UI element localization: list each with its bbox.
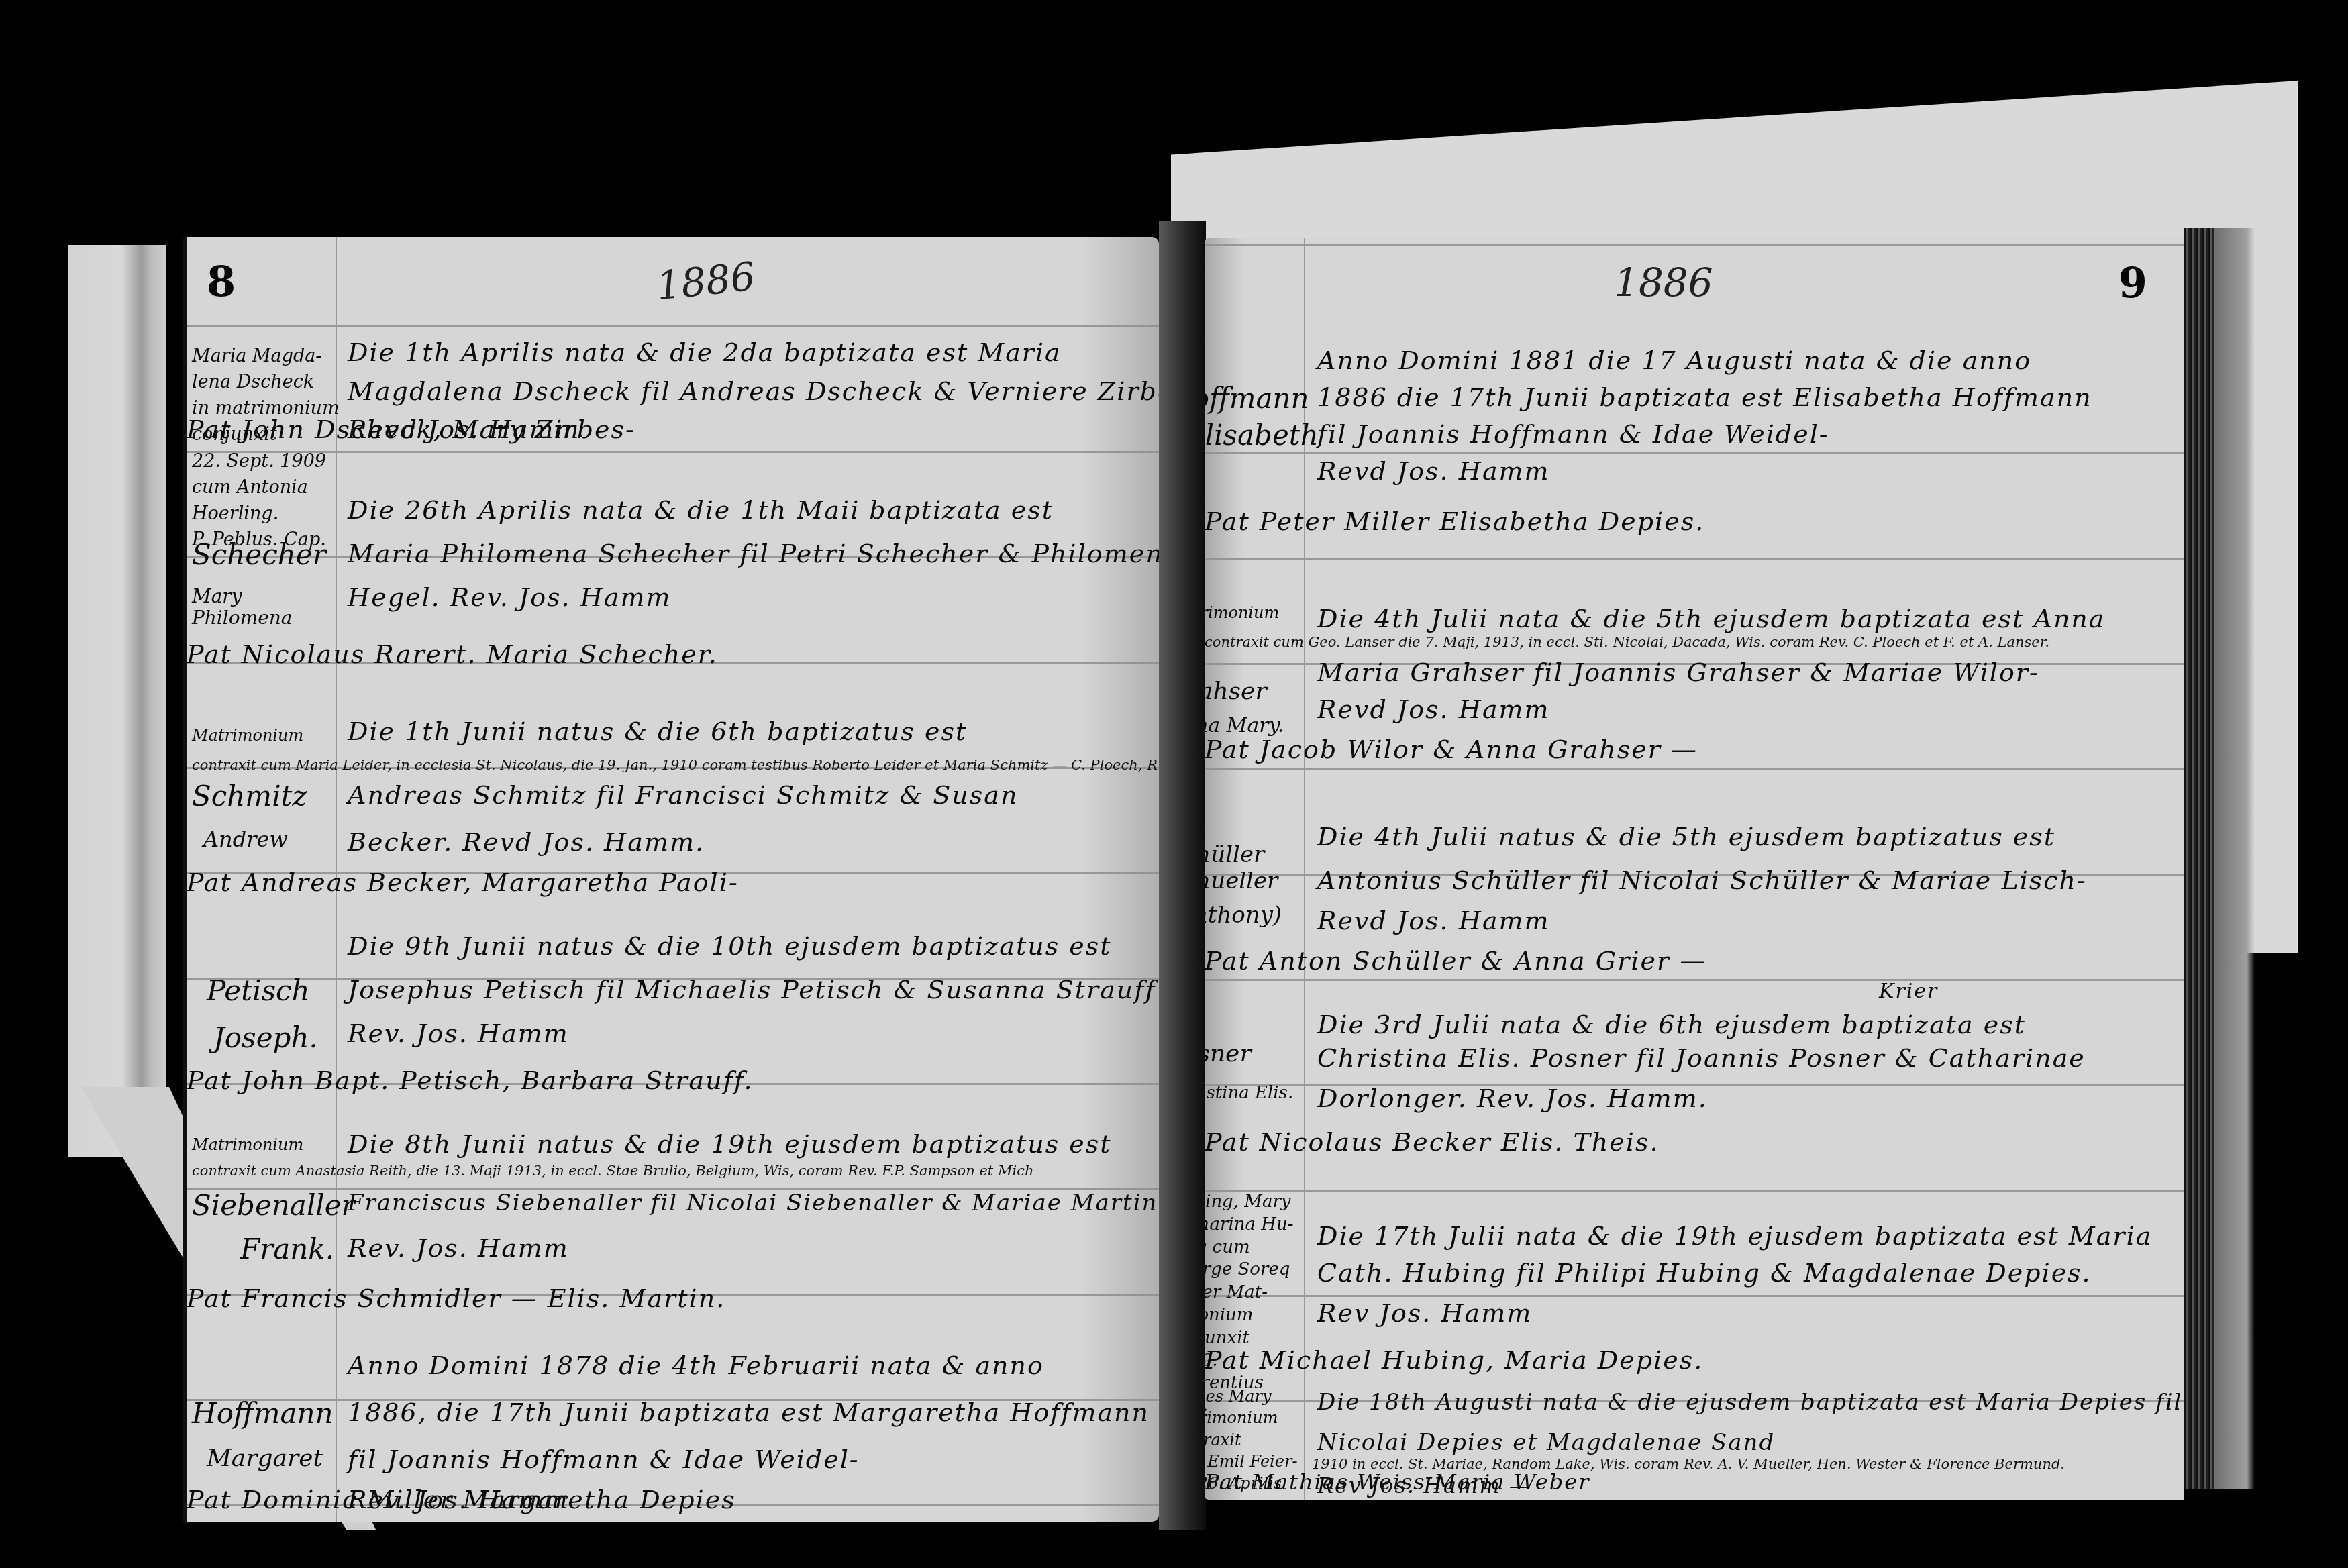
margin-given-name: Elisabeth: [1205, 419, 1322, 452]
left-paper-strip: [68, 245, 166, 1157]
entry-line: Die 18th Augusti nata & die ejusdem bapt…: [1317, 1389, 2184, 1416]
entry-line: Rev. Jos. Hamm: [348, 1018, 569, 1048]
margin-surname: Hoffmann: [1205, 382, 1305, 415]
entry-line: Die 9th Junii natus & die 10th ejusdem b…: [348, 931, 1112, 961]
page-edge-shadow: [2214, 228, 2255, 1489]
entry-line: 1886, die 17th Junii baptizata est Marga…: [348, 1398, 1150, 1427]
entry-line: Becker. Revd Jos. Hamm.: [348, 827, 705, 857]
entry-line: Die 26th Aprilis nata & die 1th Maii bap…: [348, 495, 1054, 525]
margin-surname: Posner: [1205, 1040, 1305, 1067]
margin-surname: Siebenaller: [192, 1190, 340, 1222]
entry-line: Maria Grahser fil Joannis Grahser & Mari…: [1317, 658, 2039, 687]
right-page: 9 1886 Hoffmann Elisabeth Anno Domini 18…: [1205, 238, 2184, 1500]
entry-line: Andreas Schmitz fil Francisci Schmitz & …: [348, 780, 1018, 810]
margin-note: Maria Magda- lena Dscheck in matrimonium…: [192, 343, 340, 553]
sponsors-line: Pat Dominic Miller Margaretha Depies: [187, 1485, 736, 1514]
entry-line: Cath. Hubing fil Philipi Hubing & Magdal…: [1317, 1258, 2092, 1288]
margin-surname: Schüller Schueller: [1205, 842, 1305, 894]
sponsors-line: Pat John Dscheck, Mary Zirbes-: [187, 415, 635, 444]
entry-line: Josephus Petisch fil Michaelis Petisch &…: [348, 975, 1156, 1004]
margin-given-name: Margaret: [207, 1445, 354, 1472]
sponsors-line: Pat Peter Miller Elisabetha Depies.: [1205, 507, 1704, 536]
margin-given-name: Joseph.: [213, 1022, 361, 1054]
margin-given-name: Mary Philomena: [192, 586, 340, 629]
entry-line: Die 3rd Julii nata & die 6th ejusdem bap…: [1317, 1010, 2026, 1039]
entry-line: Franciscus Siebenaller fil Nicolai Siebe…: [348, 1190, 1159, 1216]
page-number: 9: [2119, 258, 2147, 307]
marriage-annotation: contraxit cum Geo. Lanser die 7. Maji, 1…: [1205, 634, 2049, 650]
entry-line: Rev Jos. Hamm: [1317, 1298, 1532, 1328]
scanned-register-spread: 8 1886 Maria Magda- lena Dscheck in matr…: [0, 0, 2348, 1568]
margin-note: Hubing, Mary Catharina Hu- bing cum Geor…: [1205, 1191, 1305, 1418]
entry-line: Magdalena Dscheck fil Andreas Dscheck & …: [348, 376, 1159, 406]
entry-line: Antonius Schüller fil Nicolai Schüller &…: [1317, 866, 2087, 895]
marriage-annotation: contraxit cum Anastasia Reith, die 13. M…: [192, 1163, 1033, 1179]
entry-line: fil Joannis Hoffmann & Idae Weidel-: [1317, 419, 1829, 449]
entry-line: Die 1th Junii natus & die 6th baptizatus…: [348, 717, 967, 746]
entry-line: Revd Jos. Hamm: [1317, 906, 1550, 935]
sponsors-line: Pat Andreas Becker, Margaretha Paoli-: [187, 868, 739, 897]
sponsor-correction: Krier: [1879, 980, 1938, 1003]
entry-line: Anno Domini 1878 die 4th Februarii nata …: [348, 1351, 1044, 1380]
sponsors-line: Pat Francis Schmidler — Elis. Martin.: [187, 1284, 725, 1313]
entry-line: Nicolai Depies et Magdalenae Sand: [1317, 1429, 1775, 1456]
margin-surname: Grahser: [1205, 678, 1305, 705]
sponsors-line: Pat Michael Hubing, Maria Depies.: [1205, 1345, 1703, 1375]
sponsors-line: Pat John Bapt. Petisch, Barbara Strauff.: [187, 1065, 754, 1095]
entry-line: Revd Jos. Hamm: [1317, 456, 1550, 486]
margin-note-label: Matrimonium: [1205, 604, 1305, 623]
entry-line: Anno Domini 1881 die 17 Augusti nata & d…: [1317, 346, 2031, 375]
entry-line: Christina Elis. Posner fil Joannis Posne…: [1317, 1043, 2086, 1073]
entry-line: Die 8th Junii natus & die 19th ejusdem b…: [348, 1129, 1112, 1159]
entry-line: Rev. Jos. Hamm: [348, 1233, 569, 1263]
margin-note-label: Matrimonium: [192, 727, 340, 745]
entry-line: Dorlonger. Rev. Jos. Hamm.: [1317, 1084, 1708, 1113]
sponsors-line: Pat Nicolaus Becker Elis. Theis.: [1205, 1127, 1660, 1157]
margin-given-name: Andrew: [203, 827, 351, 852]
margin-surname: Schmitz: [192, 780, 340, 813]
page-block-edges: [2184, 228, 2214, 1489]
margin-surname: Petisch: [207, 975, 354, 1007]
entry-line: Hegel. Rev. Jos. Hamm: [348, 582, 672, 612]
sponsors-line: Pat Jacob Wilor & Anna Grahser —: [1205, 735, 1698, 764]
sponsors-line: Pat Anton Schüller & Anna Grier —: [1205, 946, 1706, 976]
entry-line: Die 4th Julii natus & die 5th ejusdem ba…: [1317, 822, 2055, 851]
margin-given-name: Christina Elis.: [1205, 1084, 1305, 1104]
entry-line: Die 17th Julii nata & die 19th ejusdem b…: [1317, 1221, 2152, 1251]
entry-line: Die 1th Aprilis nata & die 2da baptizata…: [348, 337, 1062, 367]
entry-line: 1886 die 17th Junii baptizata est Elisab…: [1317, 382, 2092, 412]
entry-line: Die 4th Julii nata & die 5th ejusdem bap…: [1317, 604, 2105, 633]
sponsors-line: Pat Nicolaus Rarert. Maria Schecher.: [187, 639, 718, 669]
margin-surname: Schecher: [192, 539, 340, 571]
entry-line: Maria Philomena Schecher fil Petri Schec…: [348, 539, 1159, 568]
margin-note-label: Matrimonium: [192, 1136, 340, 1155]
page-number: 8: [207, 257, 236, 306]
entry-line: Revd Jos. Hamm: [1317, 694, 1550, 724]
left-page: 8 1886 Maria Magda- lena Dscheck in matr…: [183, 237, 1159, 1522]
year-header: 1886: [1614, 260, 1713, 305]
book-gutter: [1159, 221, 1206, 1530]
marriage-annotation: contraxit cum Maria Leider, in ecclesia …: [192, 757, 1158, 773]
margin-surname: Hoffmann: [192, 1398, 340, 1430]
sponsors-line: Pat Mathias Weiss Maria Weber: [1205, 1469, 1590, 1495]
entry-line: fil Joannis Hoffmann & Idae Weidel-: [348, 1445, 860, 1474]
